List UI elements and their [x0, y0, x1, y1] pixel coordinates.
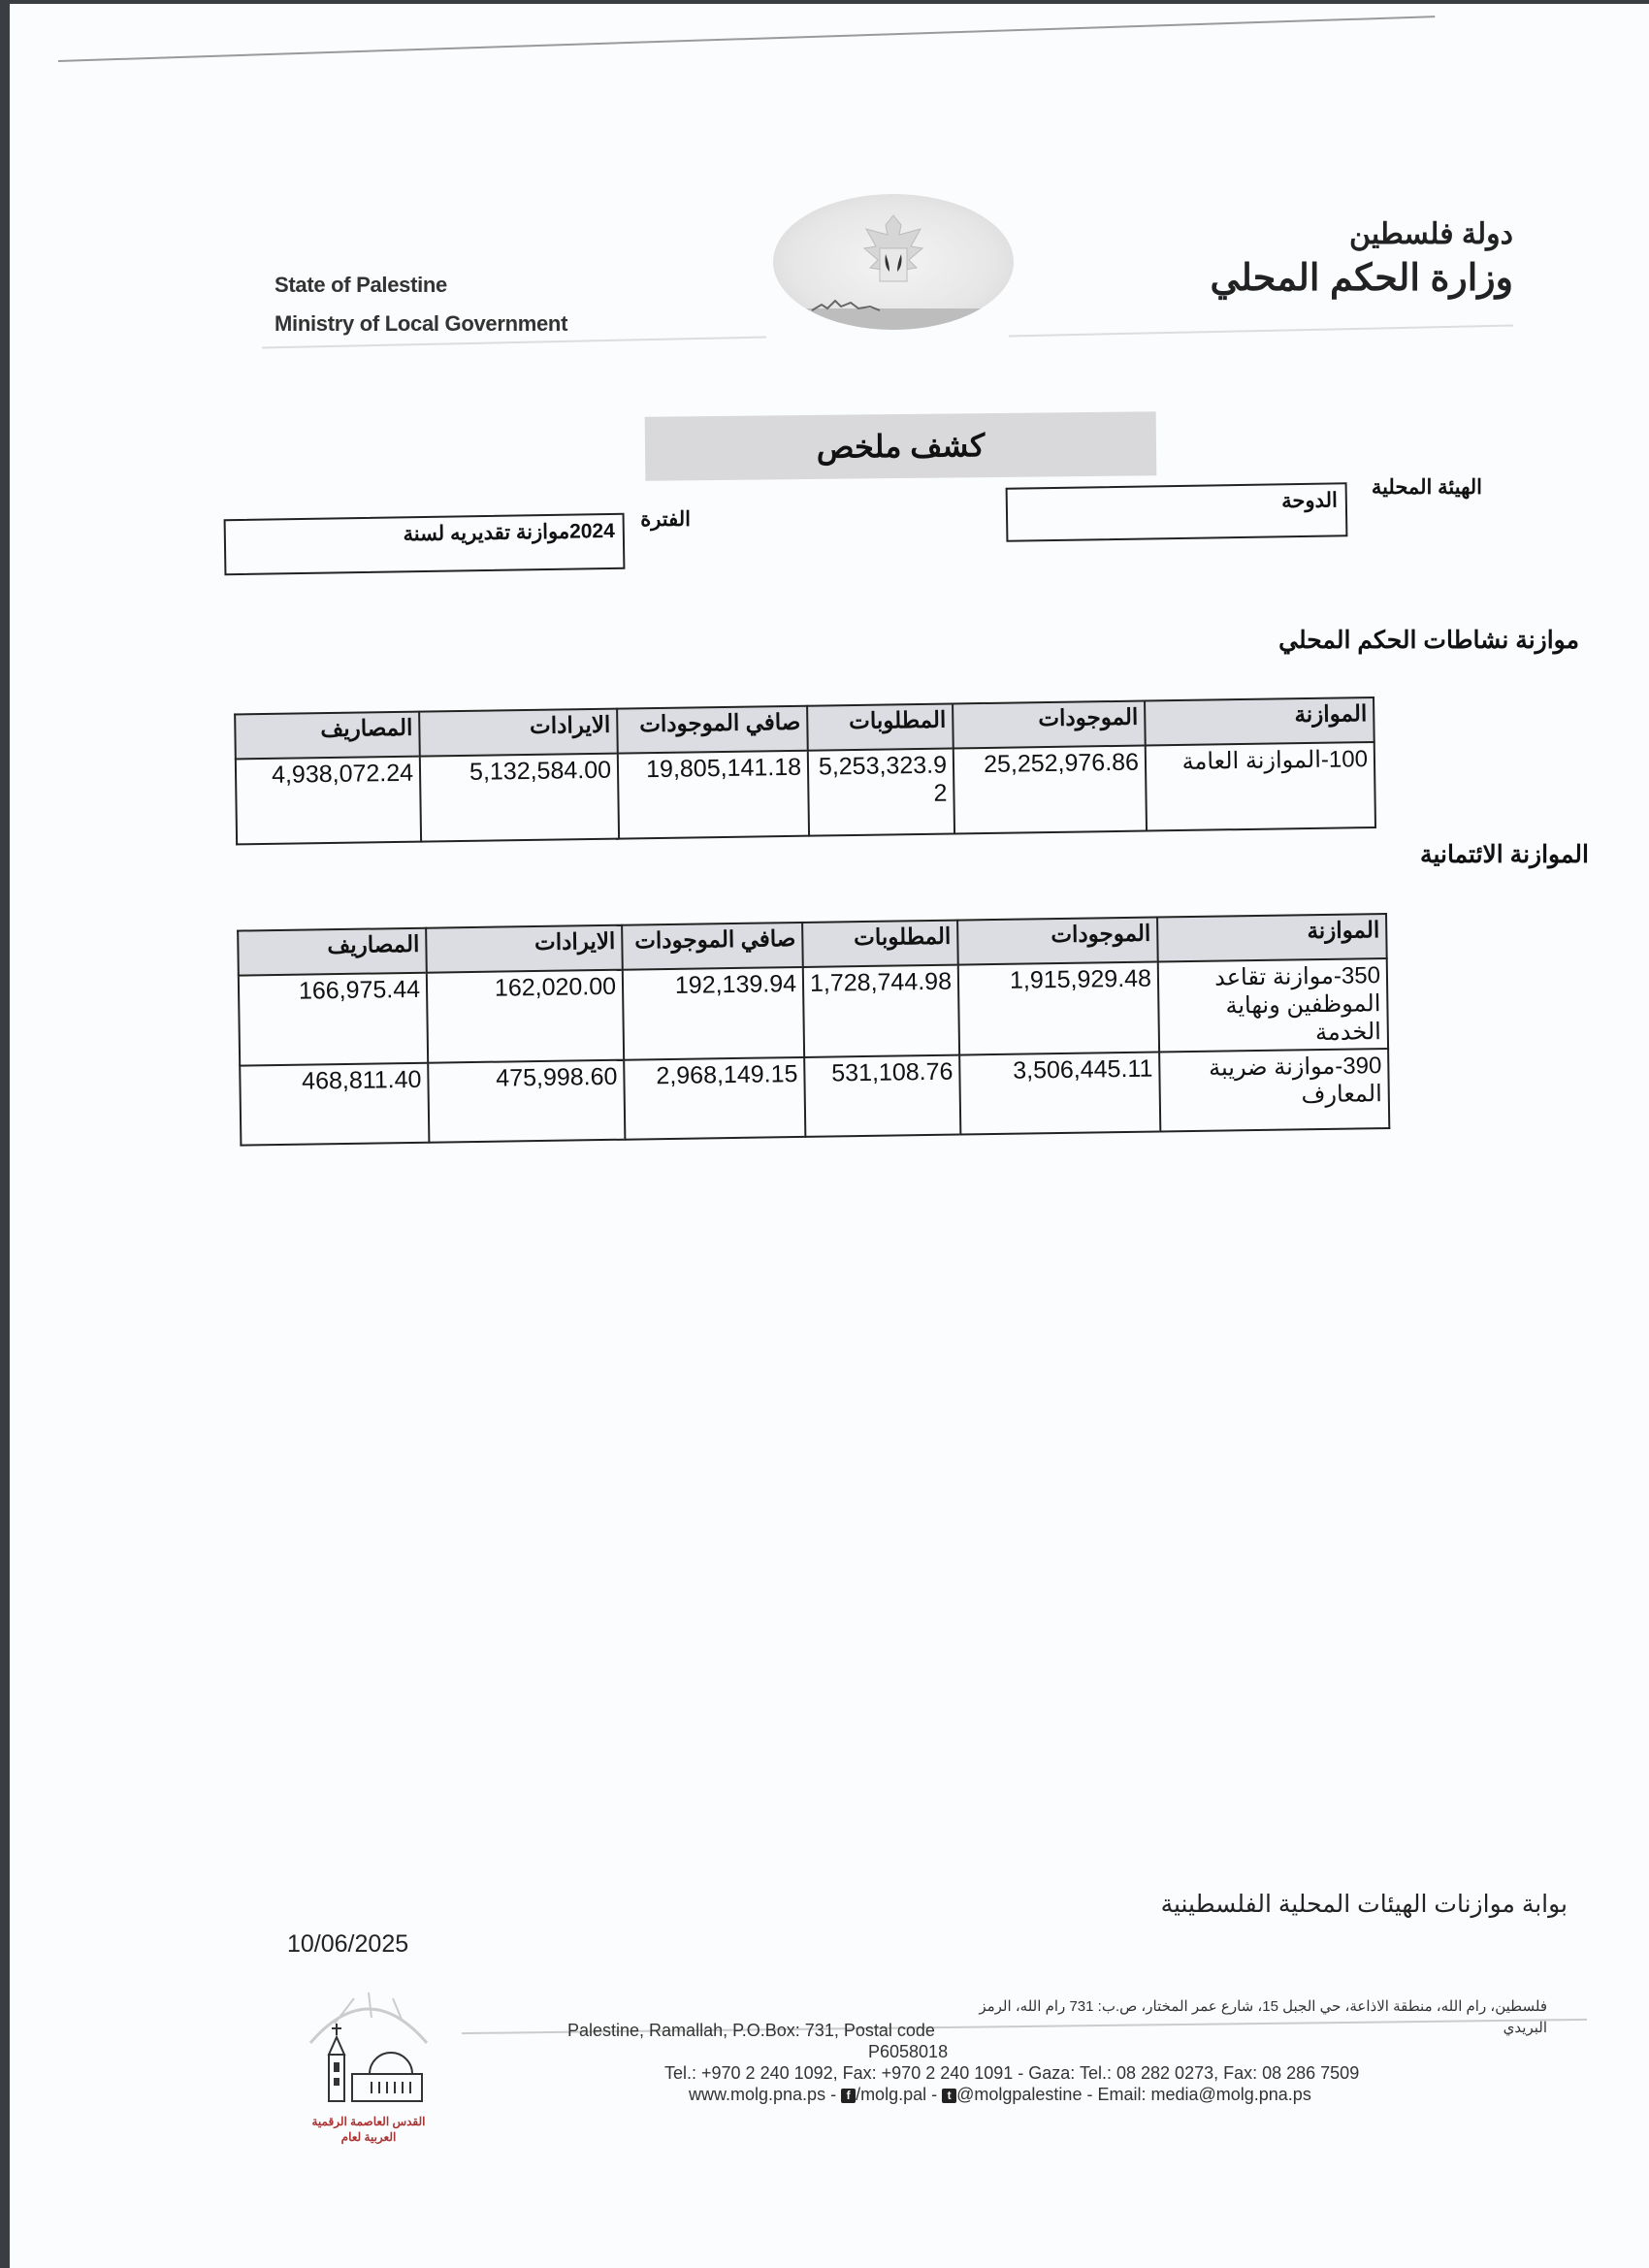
- footer-contact: Palestine, Ramallah, P.O.Box: 731, Posta…: [567, 2020, 1359, 2105]
- cell-revenues: 475,998.60: [428, 1060, 625, 1143]
- table-local-activities: الموازنة الموجودات المطلوبات صافي الموجو…: [234, 697, 1376, 845]
- report-title: كشف ملخص: [645, 411, 1157, 481]
- cell-assets: 25,252,976.86: [954, 746, 1147, 834]
- state-name-en: State of Palestine: [275, 266, 567, 305]
- table-local-activities-wrap: الموازنة الموجودات المطلوبات صافي الموجو…: [234, 697, 1376, 845]
- ministry-name-ar: وزارة الحكم المحلي: [1211, 254, 1513, 303]
- footer-postal-code: P6058018: [567, 2041, 1359, 2062]
- quds-caption: القدس العاصمة الرقمية العربية لعام: [296, 2114, 441, 2145]
- col-assets: الموجودات: [957, 918, 1158, 965]
- cell-expenses: 4,938,072.24: [236, 757, 421, 845]
- cell-expenses: 468,811.40: [240, 1063, 429, 1146]
- col-liabilities: المطلوبات: [802, 921, 958, 967]
- facebook-link[interactable]: /molg.pal: [856, 2085, 926, 2104]
- print-date: 10/06/2025: [287, 1930, 408, 1959]
- header-divider-right: [1009, 325, 1513, 338]
- footer-address-en: Palestine, Ramallah, P.O.Box: 731, Posta…: [567, 2020, 1359, 2041]
- portal-name: بوابة موازنات الهيئات المحلية الفلسطينية: [1161, 1890, 1568, 1919]
- footer-phones: Tel.: +970 2 240 1092, Fax: +970 2 240 1…: [567, 2062, 1359, 2084]
- quds-digital-capital-logo-icon: القدس العاصمة الرقمية العربية لعام: [296, 1985, 441, 2145]
- col-expenses: المصاريف: [238, 928, 427, 976]
- table-trust-budget-wrap: الموازنة الموجودات المطلوبات صافي الموجو…: [237, 913, 1390, 1147]
- email-link[interactable]: - Email: media@molg.pna.ps: [1082, 2085, 1310, 2104]
- header-arabic: دولة فلسطين وزارة الحكم المحلي: [1211, 215, 1513, 303]
- col-budget: الموازنة: [1145, 697, 1374, 745]
- col-liabilities: المطلوبات: [807, 703, 954, 750]
- section-title-trust-budget: الموازنة الائتمانية: [1420, 840, 1589, 869]
- cell-revenues: 5,132,584.00: [420, 754, 619, 842]
- header-english: State of Palestine Ministry of Local Gov…: [275, 266, 567, 343]
- facebook-icon: f: [841, 2089, 856, 2103]
- col-revenues: الايرادات: [419, 709, 618, 757]
- authority-field: الدوحة: [1006, 482, 1348, 542]
- website-link[interactable]: www.molg.pna.ps -: [689, 2085, 841, 2104]
- cell-net-assets: 192,139.94: [623, 967, 804, 1060]
- cell-budget-name: 390-موازنة ضريبة المعارف: [1159, 1049, 1389, 1131]
- col-net-assets: صافي الموجودات: [622, 923, 803, 970]
- table-row: 350-موازنة تقاعد الموظفين ونهاية الخدمة …: [239, 958, 1388, 1066]
- cell-net-assets: 19,805,141.18: [618, 751, 809, 839]
- table-row: 390-موازنة ضريبة المعارف 3,506,445.11 53…: [240, 1049, 1389, 1146]
- col-assets: الموجودات: [953, 701, 1146, 749]
- col-expenses: المصاريف: [235, 712, 420, 760]
- cell-assets: 1,915,929.48: [958, 962, 1159, 1055]
- authority-label: الهيئة المحلية: [1372, 475, 1482, 500]
- cell-assets: 3,506,445.11: [959, 1053, 1160, 1135]
- twitter-link[interactable]: @molgpalestine: [956, 2085, 1082, 2104]
- period-field: 2024موازنة تقديريه لسنة: [224, 513, 626, 575]
- table-row: 100-الموازنة العامة 25,252,976.86 5,253,…: [236, 742, 1375, 844]
- cell-revenues: 162,020.00: [427, 970, 624, 1063]
- twitter-icon: t: [942, 2089, 956, 2103]
- cell-expenses: 166,975.44: [239, 973, 428, 1066]
- ministry-name-en: Ministry of Local Government: [275, 305, 567, 343]
- cell-liabilities: 531,108.76: [804, 1055, 960, 1137]
- col-net-assets: صافي الموجودات: [617, 706, 808, 754]
- state-name-ar: دولة فلسطين: [1211, 215, 1513, 254]
- cell-liabilities: 1,728,744.98: [803, 965, 959, 1057]
- cell-budget-name: 350-موازنة تقاعد الموظفين ونهاية الخدمة: [1158, 958, 1388, 1052]
- cell-net-assets: 2,968,149.15: [624, 1057, 805, 1140]
- cell-budget-name: 100-الموازنة العامة: [1146, 742, 1375, 830]
- table-trust-budget: الموازنة الموجودات المطلوبات صافي الموجو…: [237, 913, 1390, 1147]
- section-title-local-activities: موازنة نشاطات الحكم المحلي: [1278, 626, 1579, 655]
- cell-liabilities: 5,253,323.92: [808, 748, 954, 835]
- col-revenues: الايرادات: [426, 925, 623, 973]
- col-budget: الموازنة: [1157, 914, 1387, 961]
- period-label: الفترة: [640, 507, 691, 532]
- footer-links: www.molg.pna.ps - f/molg.pal - t@molgpal…: [567, 2084, 1359, 2105]
- document: State of Palestine Ministry of Local Gov…: [0, 0, 1649, 2268]
- palestine-eagle-emblem-icon: [773, 194, 1014, 330]
